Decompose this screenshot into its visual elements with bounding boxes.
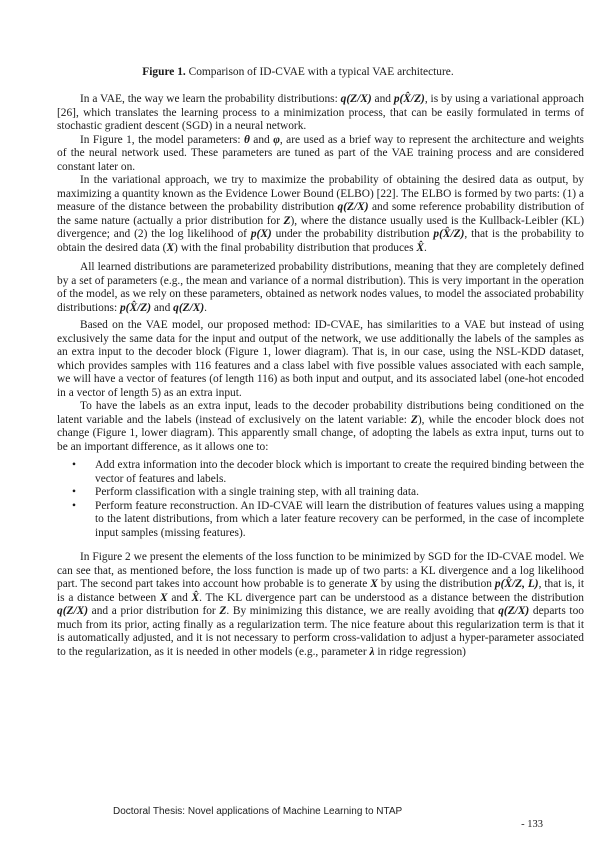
math-inline: q(Z/X) <box>173 302 204 314</box>
body-content: In a VAE, the way we learn the probabili… <box>57 93 584 659</box>
paragraph: All learned distributions are parameteri… <box>57 261 584 315</box>
paragraph: To have the labels as an extra input, le… <box>57 400 584 454</box>
math-inline: X̂ <box>192 592 200 604</box>
math-inline: q(Z/X) <box>338 201 369 213</box>
math-inline: X <box>160 592 168 604</box>
page-number: - 133 <box>521 819 543 830</box>
paragraph: In a VAE, the way we learn the probabili… <box>57 93 584 134</box>
math-inline: θ <box>244 134 250 146</box>
figure-caption-label: Figure 1. <box>142 66 185 78</box>
footer-thesis-title: Doctoral Thesis: Novel applications of M… <box>113 806 402 817</box>
math-inline: λ <box>370 646 375 658</box>
math-inline: φ <box>273 134 280 146</box>
math-inline: Z <box>219 605 226 617</box>
bullet-item: Perform feature reconstruction. An ID-CV… <box>57 500 584 541</box>
document-page: Figure 1. Comparison of ID-CVAE with a t… <box>0 0 596 842</box>
figure-caption: Figure 1. Comparison of ID-CVAE with a t… <box>0 66 596 80</box>
paragraph: Based on the VAE model, our proposed met… <box>57 319 584 400</box>
math-inline: q(Z/X) <box>498 605 529 617</box>
math-inline: X <box>166 242 174 254</box>
math-inline: p(X̂/Z) <box>120 302 151 314</box>
math-inline: X̂ <box>416 242 424 254</box>
math-inline: X <box>370 578 378 590</box>
math-inline: p(X̂/Z, L) <box>495 578 539 590</box>
bullet-list: Add extra information into the decoder b… <box>57 459 584 540</box>
math-inline: p(X̂/Z) <box>394 93 425 105</box>
bullet-item: Add extra information into the decoder b… <box>57 459 584 486</box>
paragraph: In the variational approach, we try to m… <box>57 174 584 255</box>
math-inline: p(X̂/Z) <box>433 228 464 240</box>
math-inline: q(Z/X) <box>341 93 372 105</box>
math-inline: Z <box>283 215 290 227</box>
paragraph: In Figure 1, the model parameters: θ and… <box>57 134 584 175</box>
math-inline: Z <box>411 414 418 426</box>
math-inline: q(Z/X) <box>57 605 88 617</box>
math-inline: p(X) <box>251 228 272 240</box>
figure-caption-text: Comparison of ID-CVAE with a typical VAE… <box>186 66 454 78</box>
bullet-item: Perform classification with a single tra… <box>57 486 584 500</box>
paragraph: In Figure 2 we present the elements of t… <box>57 551 584 659</box>
